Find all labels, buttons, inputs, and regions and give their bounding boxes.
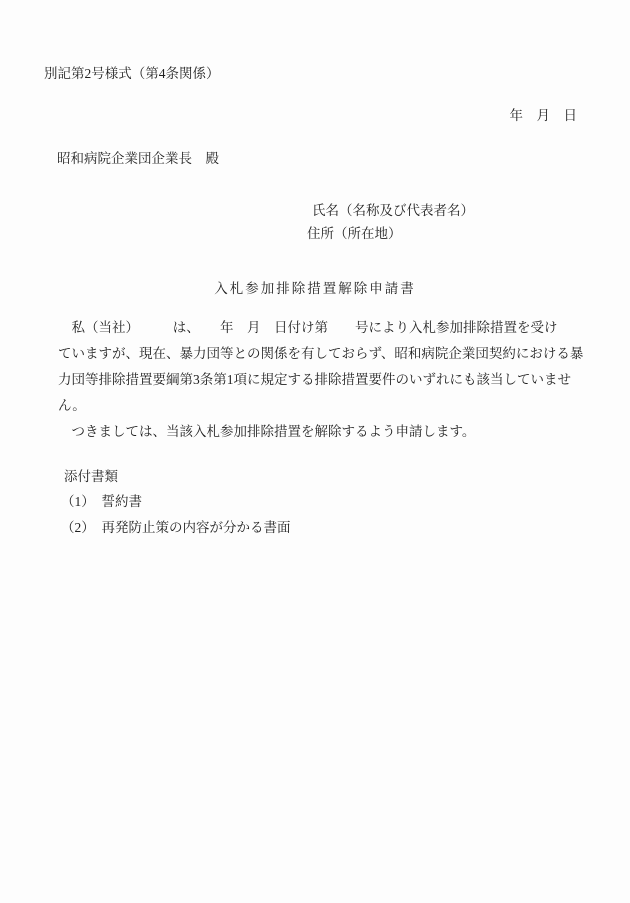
applicant-name-label: 氏名（名称及び代表者名）	[312, 203, 474, 219]
attachments-heading: 添付書類	[61, 464, 291, 489]
form-number: 別記第2号様式（第4条関係）	[44, 66, 220, 82]
attachments-section: 添付書類 （1） 誓約書 （2） 再発防止策の内容が分かる書面	[61, 464, 291, 540]
body-line-1: 私（当社） は、 年 月 日付け第 号により入札参加排除措置を受け	[58, 315, 600, 341]
addressee-line: 昭和病院企業団企業長 殿	[57, 151, 219, 167]
body-line-4: ん。	[58, 393, 600, 419]
attachment-item-1: （1） 誓約書	[61, 489, 291, 514]
date-line: 年 月 日	[510, 108, 578, 124]
applicant-address-label: 住所（所在地）	[307, 226, 402, 242]
document-page: 別記第2号様式（第4条関係） 年 月 日 昭和病院企業団企業長 殿 氏名（名称及…	[0, 0, 630, 903]
attachment-item-2: （2） 再発防止策の内容が分かる書面	[61, 515, 291, 540]
body-line-5: つきましては、当該入札参加排除措置を解除するよう申請します。	[58, 419, 600, 445]
document-title: 入札参加排除措置解除申請書	[0, 277, 630, 297]
body-line-2: ていますが、現在、暴力団等との関係を有しておらず、昭和病院企業団契約における暴	[58, 341, 600, 367]
body-line-3: 力団等排除措置要綱第3条第1項に規定する排除措置要件のいずれにも該当していませ	[58, 367, 600, 393]
body-paragraph: 私（当社） は、 年 月 日付け第 号により入札参加排除措置を受け ていますが、…	[58, 315, 600, 445]
